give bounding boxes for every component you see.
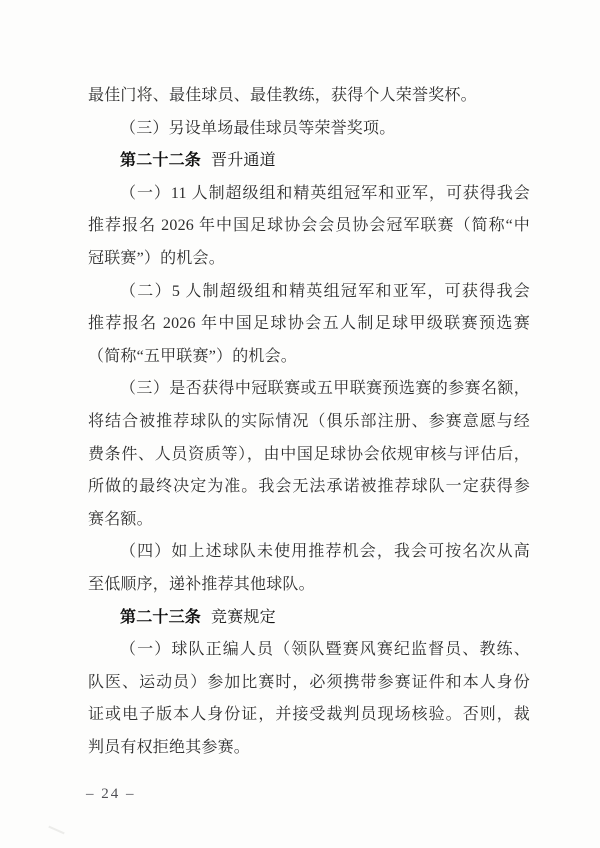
text-line: 赛名额。 (88, 504, 530, 537)
article-number: 第二十二条 (120, 152, 201, 169)
text-line: （二）5 人制超级组和精英组冠军和亚军，可获得我会 (88, 276, 530, 309)
article-heading-22: 第二十二条晋升通道 (88, 145, 530, 178)
text-line: 证或电子版本人身份证，并接受裁判员现场核验。否则，裁 (88, 699, 530, 732)
text-line: （一）11 人制超级组和精英组冠军和亚军，可获得我会 (88, 178, 530, 211)
text-line: （一）球队正编人员（领队暨赛风赛纪监督员、教练、 (88, 634, 530, 667)
text-line: 推荐报名 2026 年中国足球协会五人制足球甲级联赛预选赛 (88, 308, 530, 341)
scan-artifact-mark (48, 826, 64, 835)
text-line: （简称“五甲联赛”）的机会。 (88, 341, 530, 374)
text-line: 判员有权拒绝其参赛。 (88, 732, 530, 765)
article-number: 第二十三条 (120, 609, 201, 626)
article-heading-23: 第二十三条竞赛规定 (88, 602, 530, 635)
text-line: （三）是否获得中冠联赛或五甲联赛预选赛的参赛名额， (88, 373, 530, 406)
text-line: 队医、运动员）参加比赛时，必须携带参赛证件和本人身份 (88, 667, 530, 700)
text-line: 最佳门将、最佳球员、最佳教练，获得个人荣誉奖杯。 (88, 80, 530, 113)
text-line: 所做的最终决定为准。我会无法承诺被推荐球队一定获得参 (88, 471, 530, 504)
text-line: 冠联赛”）的机会。 (88, 243, 530, 276)
article-title: 竞赛规定 (211, 609, 276, 626)
text-line: 推荐报名 2026 年中国足球协会会员协会冠军联赛（简称“中 (88, 210, 530, 243)
scanned-document-page: 最佳门将、最佳球员、最佳教练，获得个人荣誉奖杯。 （三）另设单场最佳球员等荣誉奖… (0, 0, 600, 848)
text-line: （四）如上述球队未使用推荐机会，我会可按名次从高 (88, 536, 530, 569)
article-title: 晋升通道 (211, 152, 276, 169)
text-line: （三）另设单场最佳球员等荣誉奖项。 (88, 113, 530, 146)
text-line: 至低顺序，递补推荐其他球队。 (88, 569, 530, 602)
page-number: – 24 – (86, 786, 136, 803)
text-line: 费条件、人员资质等），由中国足球协会依规审核与评估后， (88, 439, 530, 472)
text-line: 将结合被推荐球队的实际情况（俱乐部注册、参赛意愿与经 (88, 406, 530, 439)
document-content: 最佳门将、最佳球员、最佳教练，获得个人荣誉奖杯。 （三）另设单场最佳球员等荣誉奖… (88, 80, 530, 764)
